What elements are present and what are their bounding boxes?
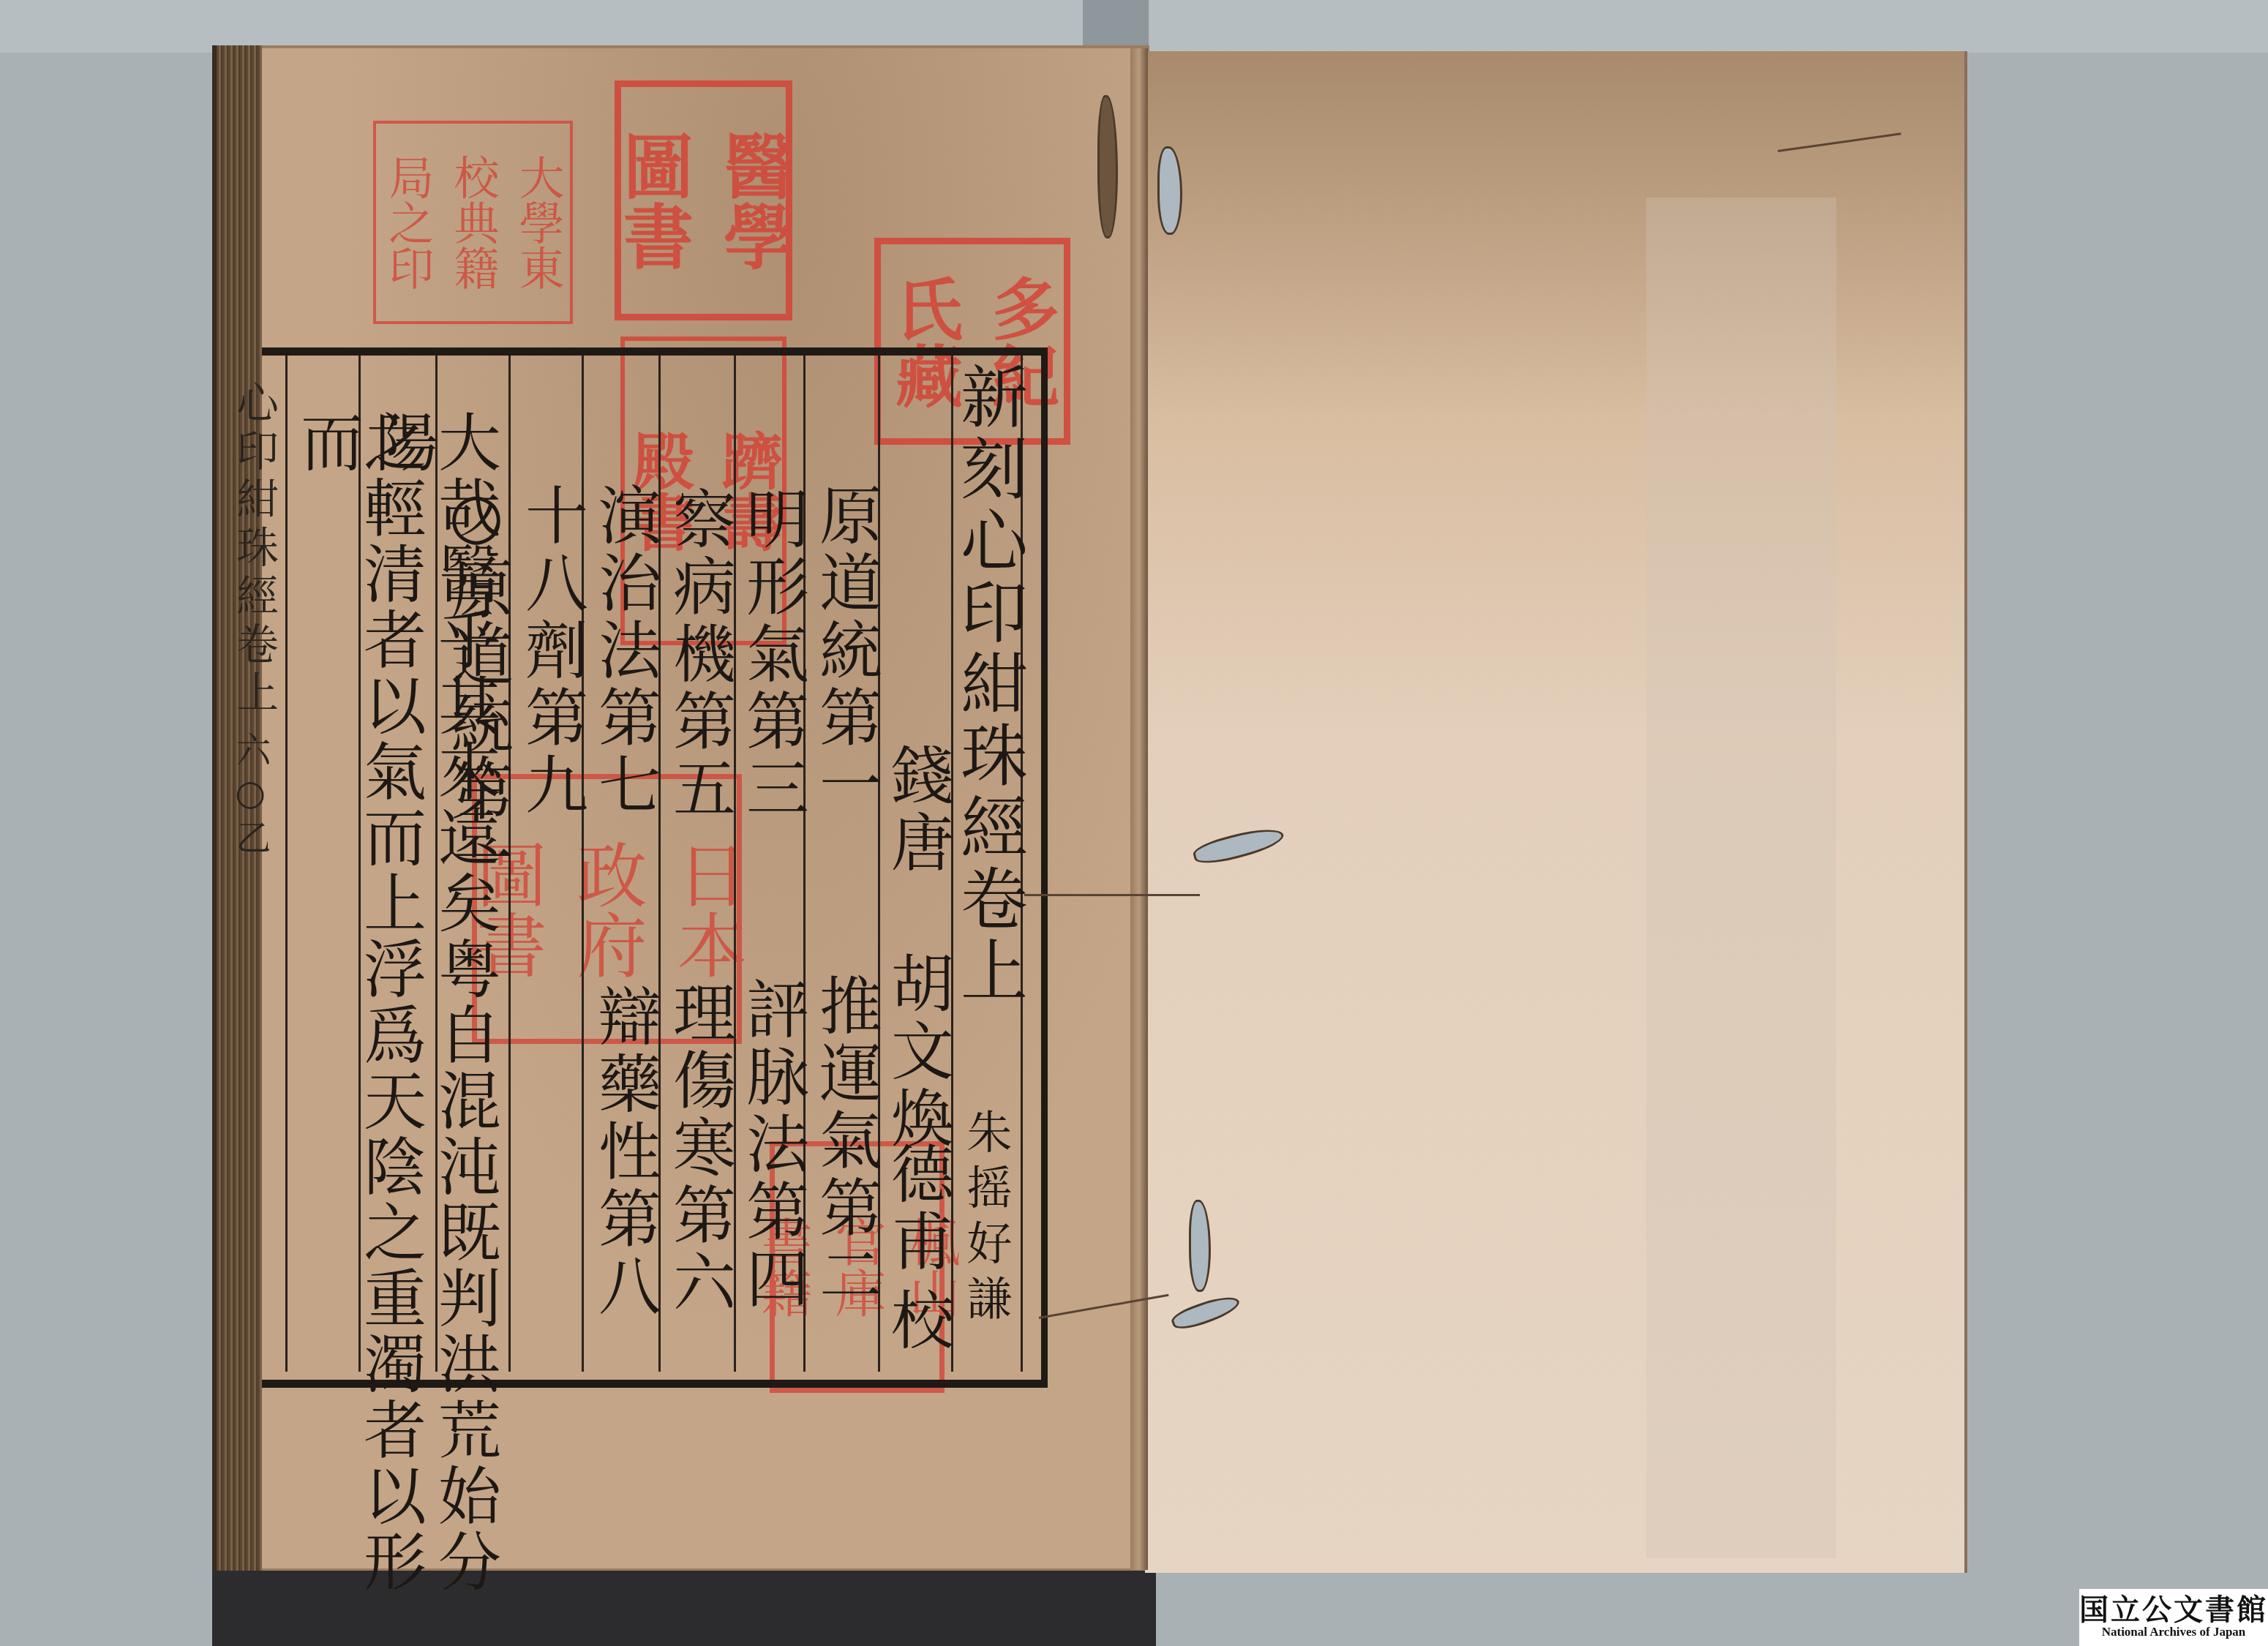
column-rule bbox=[285, 356, 288, 1372]
toc-entry-1: 原道統第一 bbox=[814, 483, 876, 819]
author-style-name: 德甫 bbox=[885, 1141, 948, 1276]
toc-entry-4: 評脉法第四 bbox=[740, 977, 803, 1313]
right-page-paper-strip bbox=[1646, 198, 1836, 1558]
toc-entry-3: 明形氣第三 bbox=[740, 486, 803, 823]
toc-entry-5: 察病機第五 bbox=[667, 486, 730, 823]
toc-entry-7: 演治法第七 bbox=[593, 483, 656, 819]
paper-crack bbox=[1024, 894, 1200, 896]
toc-entry-2: 推運氣第二 bbox=[814, 973, 876, 1309]
author-name: 胡文煥 bbox=[885, 951, 948, 1153]
body-column-2: 之輕清者以氣而上浮爲天陰之重濁者以形而 bbox=[295, 410, 421, 1646]
watermark-english: National Archives of Japan bbox=[2102, 1625, 2246, 1639]
archive-watermark: 国立公文書館 National Archives of Japan bbox=[2079, 1589, 2268, 1646]
toc-entry-9: 十八劑第九 bbox=[519, 483, 582, 819]
seal-daigaku-toko: 大學東 校典籍 局之印 bbox=[373, 121, 573, 324]
toc-entry-8: 辯藥性第八 bbox=[593, 984, 656, 1320]
watermark-japanese: 国立公文書館 bbox=[2079, 1596, 2268, 1625]
book-title: 新刻心印紺珠經卷上 bbox=[955, 362, 1022, 1007]
spine-fold bbox=[1130, 48, 1148, 1570]
seal-igakukan: 醫學 圖書 bbox=[615, 80, 792, 320]
annotator-line: 朱摇好謙 bbox=[963, 1108, 1008, 1331]
toc-entry-6: 理傷寒第六 bbox=[667, 980, 730, 1317]
right-page bbox=[1145, 51, 1967, 1573]
author-role: 校 bbox=[885, 1288, 948, 1355]
author-origin: 錢唐 bbox=[885, 743, 948, 877]
